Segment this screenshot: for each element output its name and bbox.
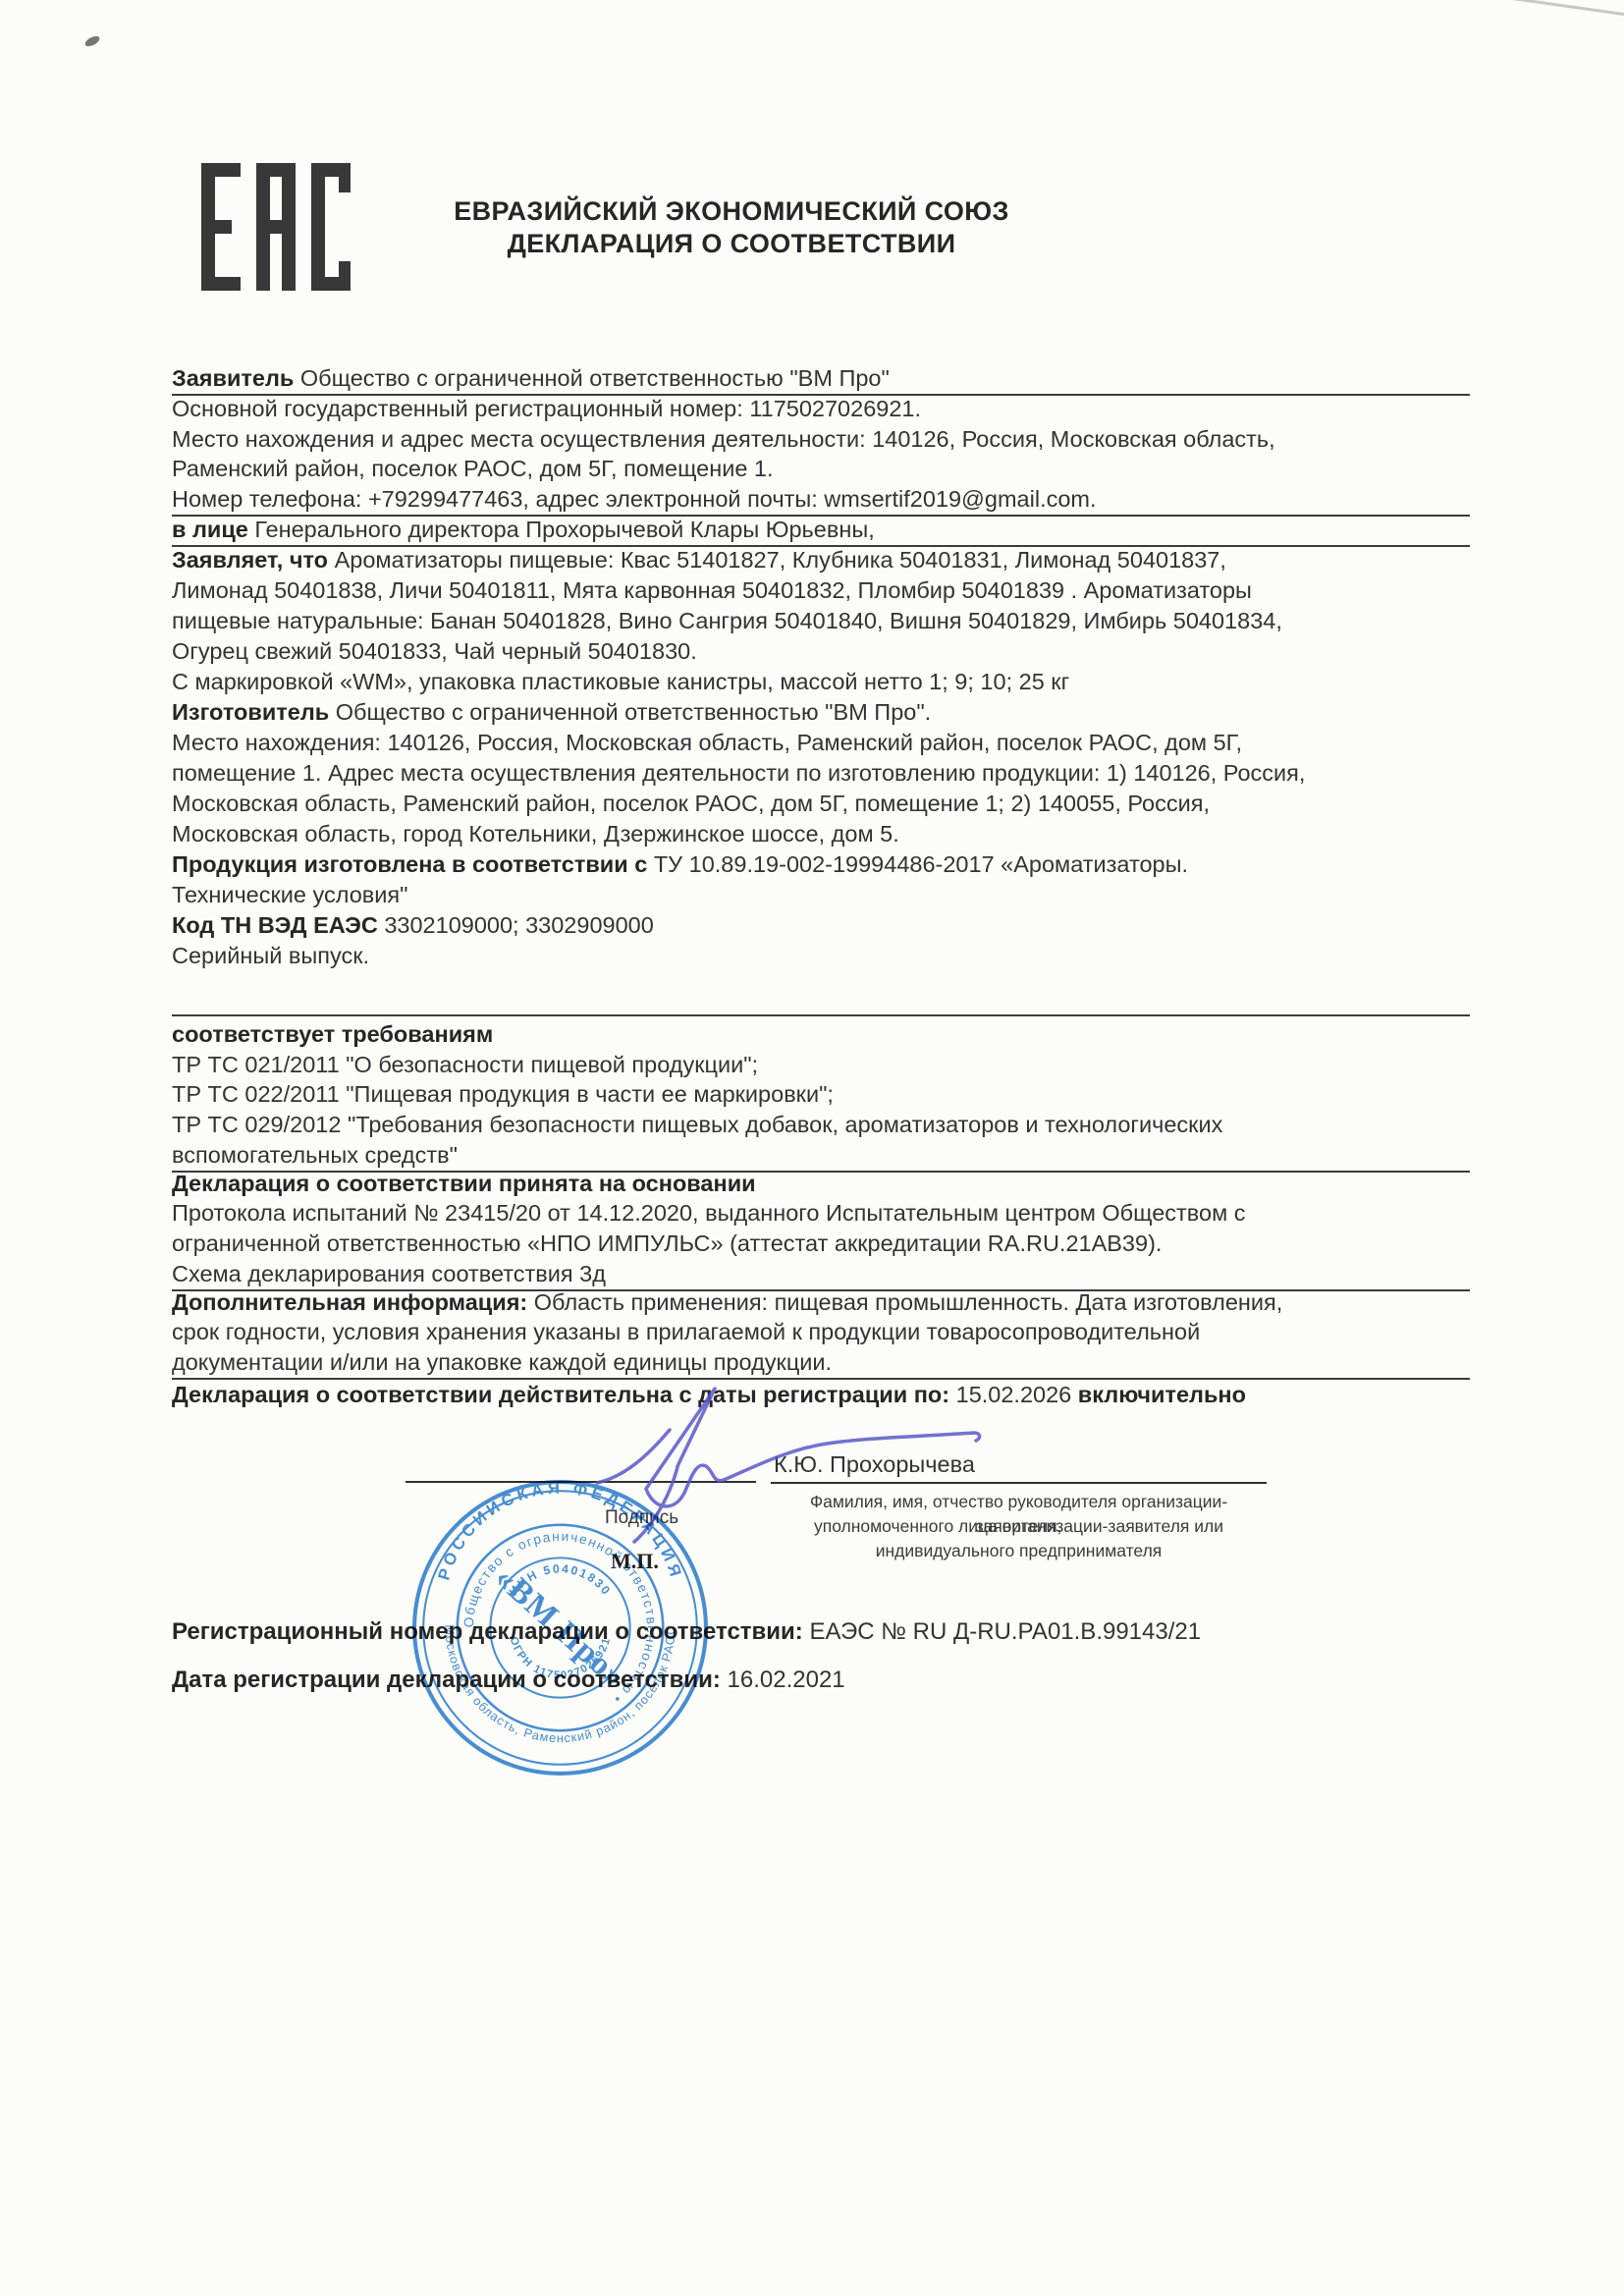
body-line: Место нахождения и адрес места осуществл…: [172, 424, 1470, 455]
registration-date-value: 16.02.2021: [728, 1667, 845, 1693]
text-segment: Код ТН ВЭД ЕАЭС: [172, 912, 384, 938]
registration-number-value: ЕАЭС № RU Д-RU.РА01.В.99143/21: [809, 1618, 1201, 1645]
text-segment: Основной государственный регистрационный…: [172, 396, 921, 421]
text-segment: Раменский район, поселок РАОС, дом 5Г, п…: [172, 456, 774, 481]
text-segment: ТУ 10.89.19-002-19994486-2017 «Ароматиза…: [654, 851, 1188, 877]
body-line: Огурец свежий 50401833, Чай черный 50401…: [172, 636, 1470, 667]
title-line-2: ДЕКЛАРАЦИЯ О СООТВЕТСТВИИ: [172, 228, 1291, 260]
text-segment: Общество с ограниченной ответственностью…: [300, 365, 890, 391]
text-segment: вспомогательных средств": [172, 1142, 458, 1168]
body-line: Продукция изготовлена в соответствии с Т…: [172, 849, 1470, 880]
body-line: Технические условия": [172, 880, 1470, 910]
text-segment: ограниченной ответственностью «НПО ИМПУЛ…: [172, 1230, 1162, 1256]
text-segment: пищевые натуральные: Банан 50401828, Вин…: [172, 608, 1282, 633]
body-line: помещение 1. Адрес места осуществления д…: [172, 758, 1470, 789]
body-line: ТР ТС 021/2011 "О безопасности пищевой п…: [172, 1050, 1470, 1080]
body-line: ТР ТС 022/2011 "Пищевая продукция в част…: [172, 1079, 1470, 1110]
body-line: Основной государственный регистрационный…: [172, 394, 1470, 424]
text-segment: Лимонад 50401838, Личи 50401811, Мята ка…: [172, 577, 1252, 603]
body-line: ограниченной ответственностью «НПО ИМПУЛ…: [172, 1229, 1470, 1259]
text-segment: в лице: [172, 517, 254, 542]
text-segment: Ароматизаторы пищевые: Квас 51401827, Кл…: [335, 547, 1226, 573]
scan-artifact: [83, 34, 101, 49]
document-page: ЕВРАЗИЙСКИЙ ЭКОНОМИЧЕСКИЙ СОЮЗ ДЕКЛАРАЦИ…: [0, 0, 1624, 2296]
body-line: Изготовитель Общество с ограниченной отв…: [172, 697, 1470, 728]
section-rule: [172, 1014, 1470, 1016]
body-line: Место нахождения: 140126, Россия, Москов…: [172, 728, 1470, 758]
text-segment: Генерального директора Прохорычевой Клар…: [254, 517, 874, 542]
text-segment: Заявляет, что: [172, 547, 335, 573]
body-line: ТР ТС 029/2012 "Требования безопасности …: [172, 1110, 1470, 1140]
body-line: Московская область, город Котельники, Дз…: [172, 819, 1470, 849]
document-title: ЕВРАЗИЙСКИЙ ЭКОНОМИЧЕСКИЙ СОЮЗ ДЕКЛАРАЦИ…: [172, 195, 1291, 260]
text-segment: Протокола испытаний № 23415/20 от 14.12.…: [172, 1200, 1246, 1226]
text-segment: документации и/или на упаковке каждой ед…: [172, 1349, 832, 1375]
body-line: С маркировкой «WM», упаковка пластиковые…: [172, 667, 1470, 697]
text-segment: Технические условия": [172, 882, 407, 907]
text-segment: ТР ТС 029/2012 "Требования безопасности …: [172, 1112, 1222, 1137]
text-segment: Изготовитель: [172, 699, 336, 725]
text-segment: срок годности, условия хранения указаны …: [172, 1319, 1200, 1344]
body-line: Раменский район, поселок РАОС, дом 5Г, п…: [172, 454, 1470, 484]
text-segment: Схема декларирования соответствия 3д: [172, 1261, 606, 1286]
text-segment: Московская область, город Котельники, Дз…: [172, 821, 899, 847]
text-segment: С маркировкой «WM», упаковка пластиковые…: [172, 669, 1069, 694]
text-segment: Московская область, Раменский район, пос…: [172, 791, 1210, 816]
body-line: Московская область, Раменский район, пос…: [172, 789, 1470, 819]
text-segment: Место нахождения и адрес места осуществл…: [172, 426, 1275, 452]
text-segment: соответствует требованиям: [172, 1021, 493, 1047]
text-segment: включительно: [1078, 1382, 1246, 1407]
body-line: Заявляет, что Ароматизаторы пищевые: Ква…: [172, 545, 1470, 575]
text-segment: Серийный выпуск.: [172, 943, 369, 968]
body-line: срок годности, условия хранения указаны …: [172, 1317, 1470, 1347]
body-line: пищевые натуральные: Банан 50401828, Вин…: [172, 606, 1470, 636]
body-line: соответствует требованиям: [172, 1019, 1470, 1050]
body-line: Серийный выпуск.: [172, 941, 1470, 971]
text-segment: ТР ТС 022/2011 "Пищевая продукция в част…: [172, 1081, 834, 1107]
body-line: Заявитель Общество с ограниченной ответс…: [172, 363, 1470, 396]
body-line: Дополнительная информация: Область приме…: [172, 1287, 1470, 1318]
scan-artifact: [1492, 0, 1624, 17]
body-line: Номер телефона: +79299477463, адрес элек…: [172, 484, 1470, 517]
text-segment: Место нахождения: 140126, Россия, Москов…: [172, 730, 1242, 755]
text-segment: Декларация о соответствии принята на осн…: [172, 1171, 756, 1196]
body-line: Код ТН ВЭД ЕАЭС 3302109000; 3302909000: [172, 910, 1470, 941]
text-segment: ТР ТС 021/2011 "О безопасности пищевой п…: [172, 1052, 758, 1077]
body-line: в лице Генерального директора Прохорычев…: [172, 515, 1470, 547]
text-segment: Дополнительная информация:: [172, 1289, 534, 1315]
text-segment: Огурец свежий 50401833, Чай черный 50401…: [172, 638, 697, 664]
body-line: Декларация о соответствии принята на осн…: [172, 1169, 1470, 1199]
text-segment: помещение 1. Адрес места осуществления д…: [172, 760, 1305, 786]
text-segment: Заявитель: [172, 365, 300, 391]
text-segment: Номер телефона: +79299477463, адрес элек…: [172, 486, 1097, 512]
company-stamp: РОССИЙСКАЯ ФЕДЕРАЦИЯ Московская область,…: [410, 1478, 710, 1777]
text-segment: Продукция изготовлена в соответствии с: [172, 851, 654, 877]
body-line: Лимонад 50401838, Личи 50401811, Мята ка…: [172, 575, 1470, 606]
text-segment: Общество с ограниченной ответственностью…: [336, 699, 931, 725]
text-segment: 3302109000; 3302909000: [384, 912, 653, 938]
text-segment: Область применения: пищевая промышленнос…: [534, 1289, 1283, 1315]
body-line: Протокола испытаний № 23415/20 от 14.12.…: [172, 1198, 1470, 1229]
title-line-1: ЕВРАЗИЙСКИЙ ЭКОНОМИЧЕСКИЙ СОЮЗ: [172, 195, 1291, 228]
